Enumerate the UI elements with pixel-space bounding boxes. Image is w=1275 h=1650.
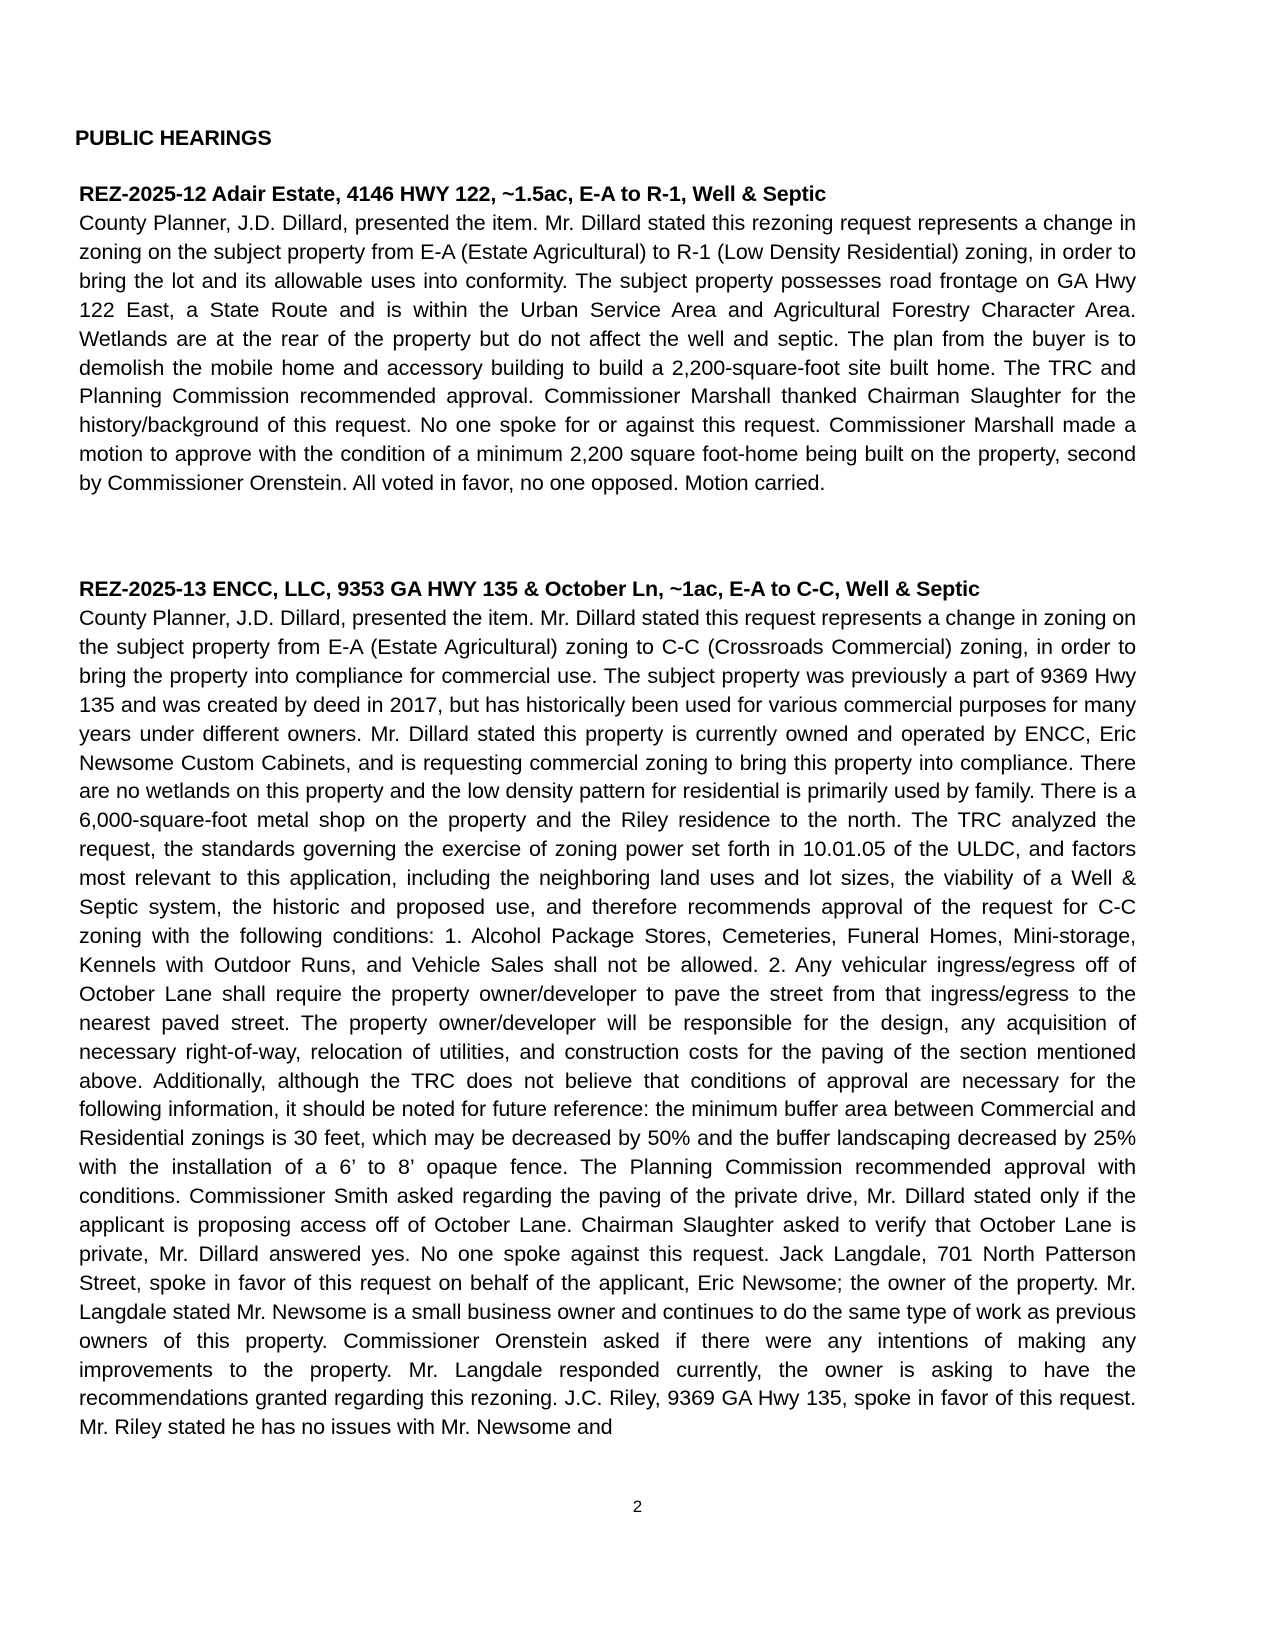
hearing-item-body: County Planner, J.D. Dillard, presented … xyxy=(79,604,1136,1442)
hearing-item: REZ-2025-13 ENCC, LLC, 9353 GA HWY 135 &… xyxy=(79,575,1136,1442)
hearing-item-body: County Planner, J.D. Dillard, presented … xyxy=(79,209,1136,498)
hearing-item-title: REZ-2025-13 ENCC, LLC, 9353 GA HWY 135 &… xyxy=(79,575,1136,604)
page-number: 2 xyxy=(0,1497,1275,1517)
section-heading: PUBLIC HEARINGS xyxy=(75,126,271,151)
hearing-item: REZ-2025-12 Adair Estate, 4146 HWY 122, … xyxy=(79,180,1136,498)
hearing-item-title: REZ-2025-12 Adair Estate, 4146 HWY 122, … xyxy=(79,180,1136,209)
document-page: PUBLIC HEARINGS REZ-2025-12 Adair Estate… xyxy=(0,0,1275,1650)
